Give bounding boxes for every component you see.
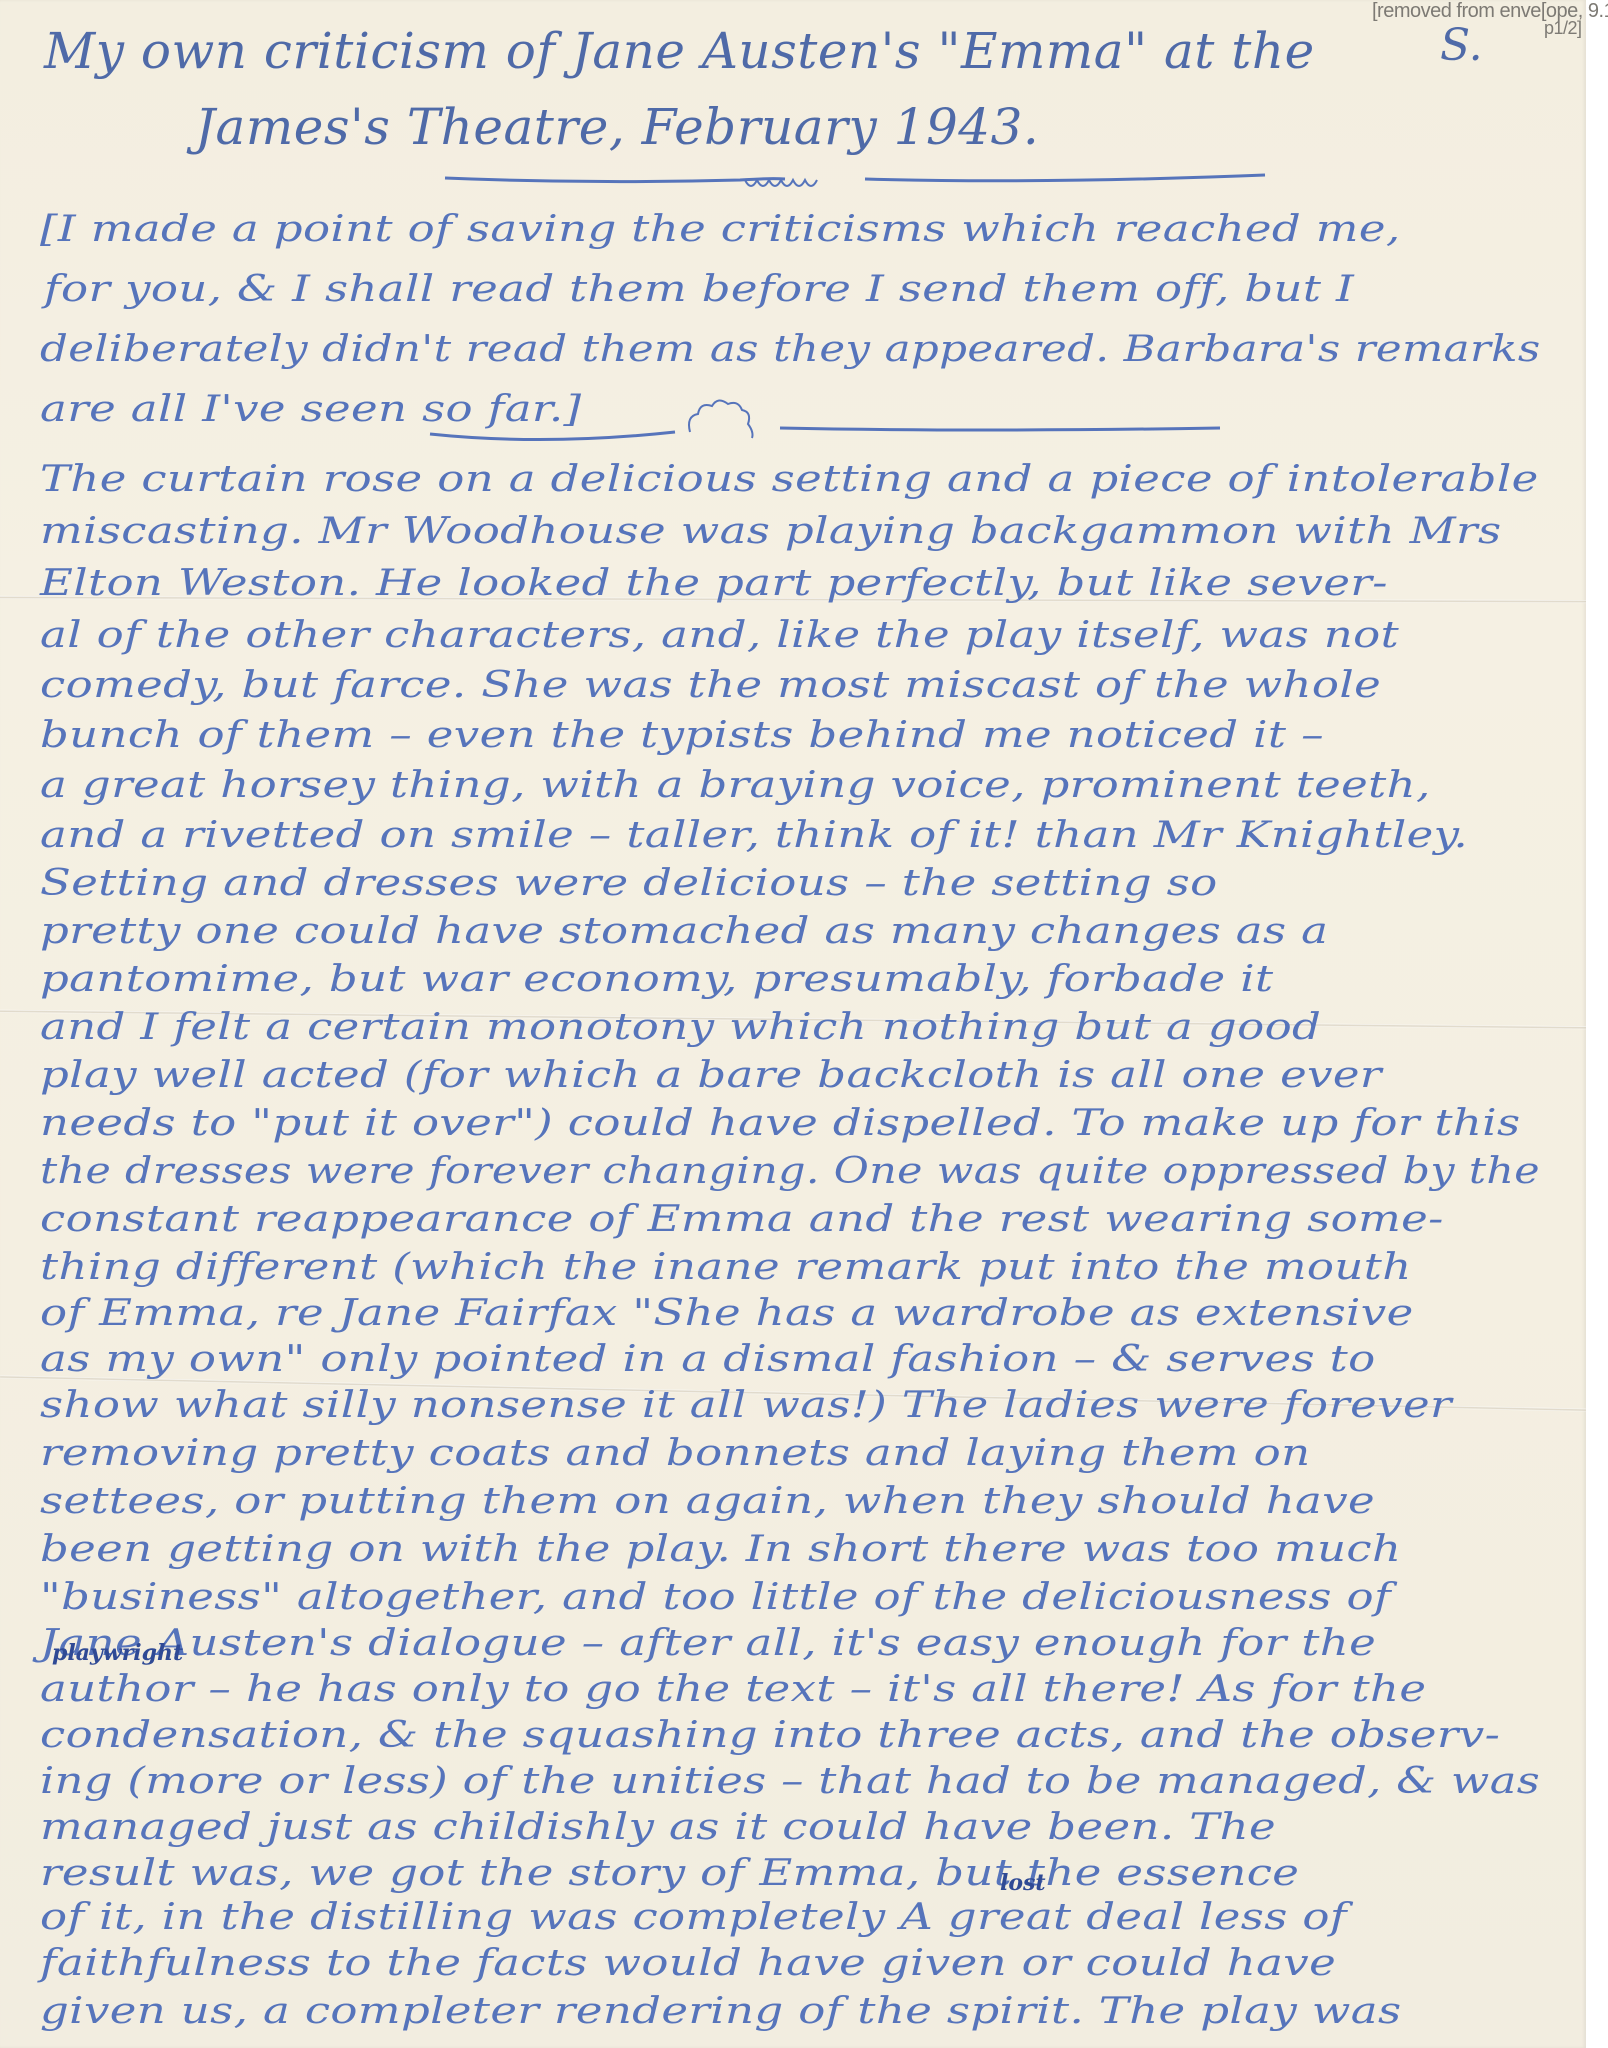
body-line: thing different (which the inane remark … [40, 1250, 1412, 1286]
archive-pencil-note: [removed from enve[ope, 9.1 p1/2] [1372, 0, 1608, 23]
insertion-playwright: playwright [52, 1640, 183, 1666]
preface-line: deliberately didn't read them as they ap… [40, 332, 1541, 368]
body-line: needs to "put it over") could have dispe… [40, 1106, 1521, 1142]
preface-line: [I made a point of saving the criticisms… [40, 212, 1401, 248]
body-line: condensation, & the squashing into three… [40, 1718, 1500, 1754]
body-line: removing pretty coats and bonnets and la… [40, 1436, 1310, 1472]
body-line: Elton Weston. He looked the part perfect… [40, 566, 1388, 602]
letter-page: [removed from enve[ope, 9.1 p1/2] My own… [0, 0, 1586, 2048]
body-line: pretty one could have stomached as many … [40, 914, 1328, 950]
preface-line: for you, & I shall read them before I se… [44, 272, 1354, 308]
body-line: Setting and dresses were delicious – the… [40, 866, 1218, 902]
body-line: pantomime, but war economy, presumably, … [40, 962, 1273, 998]
body-line: and I felt a certain monotony which noth… [40, 1010, 1321, 1046]
letter-title-line-2: James's Theatre, February 1943. [195, 98, 1039, 156]
body-line: author – he has only to go the text – it… [40, 1672, 1426, 1708]
body-line: "business" altogether, and too little of… [40, 1580, 1391, 1616]
body-line: faithfulness to the facts would have giv… [40, 1946, 1336, 1982]
body-line: of Emma, re Jane Fairfax "She has a ward… [40, 1296, 1414, 1332]
body-line: show what silly nonsense it all was!) Th… [40, 1388, 1452, 1424]
body-line: comedy, but farce. She was the most misc… [40, 668, 1381, 704]
letter-title-suffix: S. [1440, 20, 1483, 71]
body-line: been getting on with the play. In short … [40, 1532, 1401, 1568]
body-line: given us, a completer rendering of the s… [40, 1994, 1401, 2030]
body-line: and a rivetted on smile – taller, think … [40, 818, 1468, 854]
body-line: settees, or putting them on again, when … [40, 1484, 1375, 1520]
body-line: miscasting. Mr Woodhouse was playing bac… [40, 514, 1501, 550]
bottom-flourish-divider [425, 398, 1225, 448]
body-line: ing (more or less) of the unities – that… [40, 1764, 1540, 1800]
body-line: The curtain rose on a delicious setting … [40, 462, 1539, 498]
body-line: as my own" only pointed in a dismal fash… [40, 1342, 1376, 1378]
top-flourish-divider [440, 170, 1270, 210]
insertion-lost: lost [1000, 1870, 1046, 1896]
body-line: result was, we got the story of Emma, bu… [40, 1856, 1299, 1892]
letter-title-line-1: My own criticism of Jane Austen's "Emma"… [44, 22, 1315, 80]
body-line: al of the other characters, and, like th… [40, 618, 1399, 654]
body-line: managed just as childishly as it could h… [40, 1810, 1276, 1846]
body-line: play well acted (for which a bare backcl… [40, 1058, 1382, 1094]
body-line: of it, in the distilling was completely … [40, 1900, 1347, 1936]
archive-page-ref: p1/2] [1544, 18, 1582, 39]
body-line: a great horsey thing, with a braying voi… [40, 768, 1431, 804]
body-line: Jane Austen's dialogue – after all, it's… [40, 1626, 1376, 1662]
body-line: bunch of them – even the typists behind … [40, 718, 1324, 754]
body-line: constant reappearance of Emma and the re… [40, 1202, 1444, 1238]
body-line: the dresses were forever changing. One w… [40, 1154, 1540, 1190]
